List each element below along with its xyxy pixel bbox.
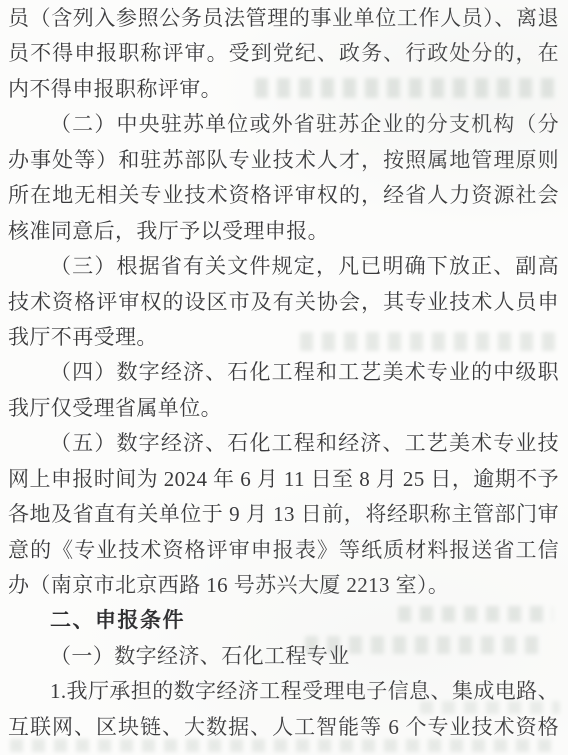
text-line: 互联网、区块链、大数据、人工智能等 6 个专业技术资格申报， bbox=[8, 710, 559, 745]
section-heading: 二、申报条件 bbox=[8, 603, 559, 638]
text-line: 各地及省直有关单位于 9 月 13 日前，将经职称主管部门审核同 bbox=[8, 497, 559, 532]
text-line: 员（含列入参照公务员法管理的事业单位工作人员）、离退休人 bbox=[8, 1, 559, 36]
text-line: 意的《专业技术资格评审申报表》等纸质材料报送省工信厅职称 bbox=[8, 533, 559, 568]
text-line: 办事处等）和驻苏部队专业技术人才，按照属地管理原则申报， bbox=[8, 143, 559, 178]
text-line: （五）数字经济、石化工程和经济、工艺美术专业技术资格 bbox=[8, 426, 559, 461]
text-line: 办（南京市北京西路 16 号苏兴大厦 2213 室）。 bbox=[8, 568, 559, 603]
subsection-heading: （一）数字经济、石化工程专业 bbox=[8, 639, 559, 674]
text-line: 我厅不再受理。 bbox=[8, 320, 559, 355]
text-line: （四）数字经济、石化工程和工艺美术专业的中级职称申报， bbox=[8, 355, 559, 390]
text-line: 所在地无相关专业技术资格评审权的，经省人力资源社会保障厅 bbox=[8, 178, 559, 213]
text-line: 员不得申报职称评审。受到党纪、政务、行政处分的，在影响期 bbox=[8, 36, 559, 71]
text-line: 内不得申报职称评审。 bbox=[8, 72, 559, 107]
text-line: 我厅仅受理省属单位。 bbox=[8, 391, 559, 426]
text-line: （二）中央驻苏单位或外省驻苏企业的分支机构（分公司、 bbox=[8, 107, 559, 142]
text-line: 1.我厅承担的数字经济工程受理电子信息、集成电路、工业 bbox=[8, 674, 559, 709]
text-line: 技术资格评审权的设区市及有关协会，其专业技术人员申报材料， bbox=[8, 285, 559, 320]
text-line: （三）根据省有关文件规定，凡已明确下放正、副高级专业 bbox=[8, 249, 559, 284]
text-line: 核准同意后，我厅予以受理申报。 bbox=[8, 214, 559, 249]
text-line: 网上申报时间为 2024 年 6 月 11 日至 8 月 25 日，逾期不予受理… bbox=[8, 462, 559, 497]
scanned-document-page: 员（含列入参照公务员法管理的事业单位工作人员）、离退休人 员不得申报职称评审。受… bbox=[0, 0, 568, 755]
document-text-column: 员（含列入参照公务员法管理的事业单位工作人员）、离退休人 员不得申报职称评审。受… bbox=[8, 1, 559, 745]
